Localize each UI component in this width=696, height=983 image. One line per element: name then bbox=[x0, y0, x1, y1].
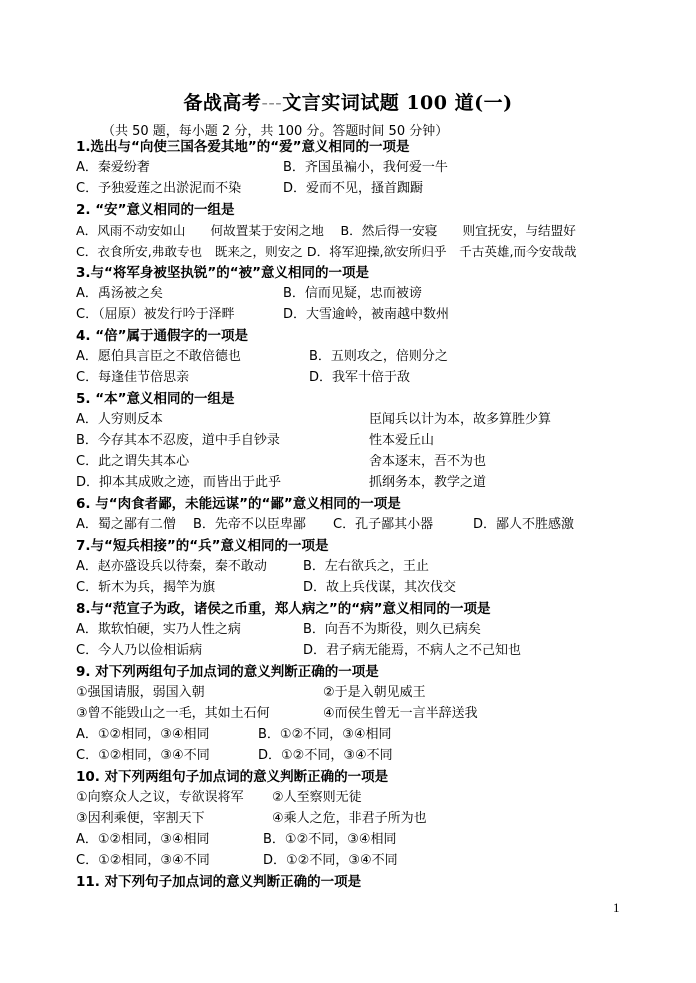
question-5-option-c-left: C．此之谓失其本心 bbox=[76, 454, 189, 469]
question-3-stem: 3.与“将军身被坚执锐”的“被”意义相同的一项是 bbox=[76, 263, 369, 283]
question-10-sentence-4: ④乘人之危，非君子所为也 bbox=[272, 809, 427, 829]
document-title: 备战高考---文言实词试题 100 道(一) bbox=[0, 88, 696, 115]
question-7-option-c: C．斩木为兵，揭竿为旗 bbox=[76, 580, 215, 595]
question-9-sentences-row-2: ③曾不能毁山之一毛，其如土石何 ④而侯生曾无一言半辞送我 bbox=[76, 704, 270, 724]
question-10-options-row-1: A．①②相同，③④相同 B．①②不同，③④相同 bbox=[76, 830, 210, 850]
question-10-options-row-2: C．①②相同，③④不同 D．①②不同，③④不同 bbox=[76, 851, 210, 871]
question-9-sentence-2: ②于是入朝见威王 bbox=[323, 683, 426, 703]
question-10-sentence-1: ①向察众人之议，专欲误将军 bbox=[76, 790, 244, 805]
question-5-option-a-left: A．人穷则反本 bbox=[76, 412, 163, 427]
question-7-options-row-1: A．赵亦盛设兵以待秦，秦不敢动 B．左右欲兵之，王止 bbox=[76, 557, 267, 577]
question-1-options-row-1: A．秦爱纷奢 B．齐国虽褊小，我何爱一牛 bbox=[76, 158, 150, 178]
question-7-option-a: A．赵亦盛设兵以待秦，秦不敢动 bbox=[76, 559, 267, 574]
question-3-option-c: C．（屈原）被发行吟于泽畔 bbox=[76, 307, 235, 322]
question-1-stem: 1.选出与“向使三国各爱其地”的“爱”意义相同的一项是 bbox=[76, 137, 410, 157]
question-5-option-d-left: D．抑本其成败之迹，而皆出于此乎 bbox=[76, 475, 281, 490]
question-10-option-d: D．①②不同，③④不同 bbox=[263, 851, 398, 871]
question-5-option-d-right: 抓纲务本，教学之道 bbox=[369, 473, 486, 493]
question-5-option-a-right: 臣闻兵以计为本，故多算胜少算 bbox=[369, 410, 551, 430]
question-8-options-row-2: C．今人乃以俭相诟病 D．君子病无能焉，不病人之不己知也 bbox=[76, 641, 202, 661]
question-7-stem: 7.与“短兵相接”的“兵”意义相同的一项是 bbox=[76, 536, 329, 556]
question-3-options-row-1: A．禹汤被之矣 B．信而见疑，忠而被谤 bbox=[76, 284, 163, 304]
question-11-stem: 11. 对下列句子加点词的意义判断正确的一项是 bbox=[76, 872, 361, 892]
question-1-option-b: B．齐国虽褊小，我何爱一牛 bbox=[283, 158, 448, 178]
question-9-sentences-row-1: ①强国请服，弱国入朝 ②于是入朝见威王 bbox=[76, 683, 205, 703]
question-9-options-row-2: C．①②相同，③④不同 D．①②不同，③④不同 bbox=[76, 746, 210, 766]
question-3-option-d: D．大雪逾岭，被南越中数州 bbox=[283, 305, 449, 325]
question-10-sentence-2: ②人至察则无徒 bbox=[272, 788, 362, 808]
question-8-option-d: D．君子病无能焉，不病人之不己知也 bbox=[303, 641, 521, 661]
question-10-option-b: B．①②不同，③④相同 bbox=[263, 830, 397, 850]
question-1-option-d: D．爱而不见，搔首踟蹰 bbox=[283, 179, 423, 199]
title-main: 备战高考 bbox=[183, 92, 261, 114]
question-9-sentence-1: ①强国请服，弱国入朝 bbox=[76, 685, 205, 700]
question-5-option-b-right: 性本爱丘山 bbox=[369, 431, 434, 451]
question-6-option-a: A．蜀之鄙有二僧 bbox=[76, 517, 176, 532]
question-2-line-2: C．衣食所安,弗敢专也 既来之，则安之 D．将军迎操,欲安所归乎 千古英雄,而今… bbox=[76, 242, 576, 262]
question-3-option-b: B．信而见疑，忠而被谤 bbox=[283, 284, 422, 304]
question-10-stem: 10. 对下列两组句子加点词的意义判断正确的一项是 bbox=[76, 767, 388, 787]
question-8-options-row-1: A．欺软怕硬，实乃人性之病 B．向吾不为斯役，则久已病矣 bbox=[76, 620, 241, 640]
question-4-option-c: C．每逢佳节倍思亲 bbox=[76, 370, 189, 385]
question-5-pair-c: C．此之谓失其本心 舍本逐末，吾不为也 bbox=[76, 452, 189, 472]
question-9-options-row-1: A．①②相同，③④相同 B．①②不同，③④相同 bbox=[76, 725, 210, 745]
question-8-option-b: B．向吾不为斯役，则久已病矣 bbox=[303, 620, 481, 640]
question-5-option-b-left: B．今存其本不忍废，道中手自钞录 bbox=[76, 433, 280, 448]
question-2-stem: 2. “安”意义相同的一组是 bbox=[76, 200, 234, 220]
question-5-option-c-right: 舍本逐末，吾不为也 bbox=[369, 452, 486, 472]
question-10-sentences-row-2: ③因利乘便，宰割天下 ④乘人之危，非君子所为也 bbox=[76, 809, 205, 829]
question-9-stem: 9. 对下列两组句子加点词的意义判断正确的一项是 bbox=[76, 662, 379, 682]
question-5-pair-d: D．抑本其成败之迹，而皆出于此乎 抓纲务本，教学之道 bbox=[76, 473, 281, 493]
title-dash: --- bbox=[261, 92, 282, 114]
question-9-option-c: C．①②相同，③④不同 bbox=[76, 748, 210, 763]
question-9-option-d: D．①②不同，③④不同 bbox=[258, 746, 393, 766]
question-1-option-a: A．秦爱纷奢 bbox=[76, 160, 150, 175]
question-10-sentences-row-1: ①向察众人之议，专欲误将军 ②人至察则无徒 bbox=[76, 788, 244, 808]
question-9-sentence-4: ④而侯生曾无一言半辞送我 bbox=[323, 704, 478, 724]
title-rest: 文言实词试题 100 道(一) bbox=[282, 92, 512, 114]
question-7-option-b: B．左右欲兵之，王止 bbox=[303, 557, 429, 577]
question-7-option-d: D．故上兵伐谋，其次伐交 bbox=[303, 578, 456, 598]
question-4-option-b: B．五则攻之，倍则分之 bbox=[309, 347, 448, 367]
question-3-option-a: A．禹汤被之矣 bbox=[76, 286, 163, 301]
question-4-options-row-2: C．每逢佳节倍思亲 D．我军十倍于敌 bbox=[76, 368, 189, 388]
question-8-option-a: A．欺软怕硬，实乃人性之病 bbox=[76, 622, 241, 637]
question-2-line-1: A．风雨不动安如山 何故置某于安闲之地 B．然后得一安寝 则宜抚安，与结盟好 bbox=[76, 221, 576, 241]
question-6-option-c: C．孔子鄙其小器 bbox=[333, 515, 433, 535]
question-6-option-d: D．鄙人不胜感激 bbox=[473, 515, 574, 535]
question-8-option-c: C．今人乃以俭相诟病 bbox=[76, 643, 202, 658]
question-5-pair-b: B．今存其本不忍废，道中手自钞录 性本爱丘山 bbox=[76, 431, 280, 451]
question-8-stem: 8.与“范宣子为政，诸侯之币重，郑人病之”的“病”意义相同的一项是 bbox=[76, 599, 491, 619]
question-9-option-b: B．①②不同，③④相同 bbox=[258, 725, 392, 745]
question-9-option-a: A．①②相同，③④相同 bbox=[76, 727, 210, 742]
question-1-options-row-2: C．予独爱莲之出淤泥而不染 D．爱而不见，搔首踟蹰 bbox=[76, 179, 241, 199]
question-4-option-a: A．愿伯具言臣之不敢倍德也 bbox=[76, 349, 241, 364]
question-6-options-row: A．蜀之鄙有二僧 B．先帝不以臣卑鄙 C．孔子鄙其小器 D．鄙人不胜感激 bbox=[76, 515, 176, 535]
question-9-sentence-3: ③曾不能毁山之一毛，其如土石何 bbox=[76, 706, 270, 721]
question-10-option-a: A．①②相同，③④相同 bbox=[76, 832, 210, 847]
question-5-stem: 5. “本”意义相同的一组是 bbox=[76, 389, 234, 409]
question-10-sentence-3: ③因利乘便，宰割天下 bbox=[76, 811, 205, 826]
question-4-option-d: D．我军十倍于敌 bbox=[309, 368, 410, 388]
question-4-stem: 4. “倍”属于通假字的一项是 bbox=[76, 326, 248, 346]
question-7-options-row-2: C．斩木为兵，揭竿为旗 D．故上兵伐谋，其次伐交 bbox=[76, 578, 215, 598]
question-5-pair-a: A．人穷则反本 臣闻兵以计为本，故多算胜少算 bbox=[76, 410, 163, 430]
page-number: 1 bbox=[613, 900, 620, 916]
question-6-option-b: B．先帝不以臣卑鄙 bbox=[193, 515, 306, 535]
document-page: 备战高考---文言实词试题 100 道(一) （共 50 题，每小题 2 分，共… bbox=[0, 0, 696, 983]
question-10-option-c: C．①②相同，③④不同 bbox=[76, 853, 210, 868]
question-4-options-row-1: A．愿伯具言臣之不敢倍德也 B．五则攻之，倍则分之 bbox=[76, 347, 241, 367]
question-6-stem: 6. 与“肉食者鄙，未能远谋”的“鄙”意义相同的一项是 bbox=[76, 494, 401, 514]
question-3-options-row-2: C．（屈原）被发行吟于泽畔 D．大雪逾岭，被南越中数州 bbox=[76, 305, 235, 325]
question-1-option-c: C．予独爱莲之出淤泥而不染 bbox=[76, 181, 241, 196]
